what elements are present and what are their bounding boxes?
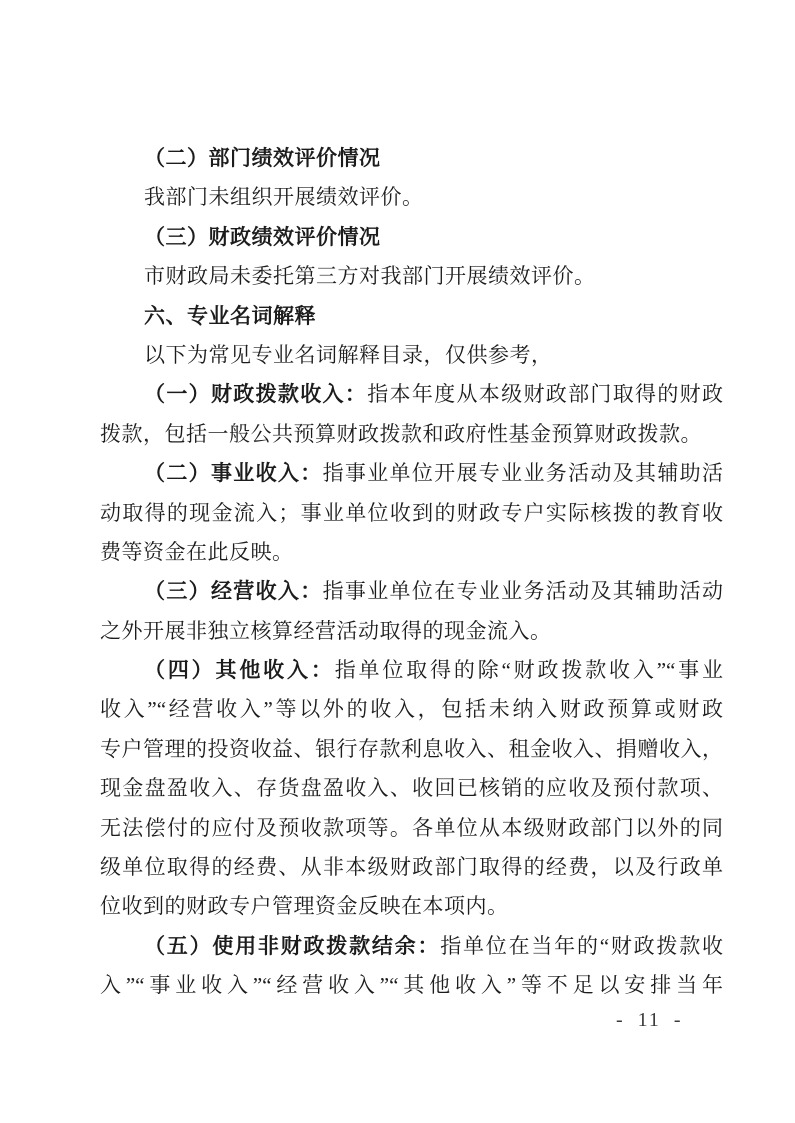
bold-term-run: （一）财政拨款收入： xyxy=(144,382,367,406)
text-run: 市财政局未委托第三方对我部门开展绩效评价。 xyxy=(144,264,596,288)
chapter-heading-6: 六、专业名词解释 xyxy=(100,297,723,336)
paragraph-line: 现金盘盈收入、存货盘盈收入、收回已核销的应收及预付款项、 xyxy=(100,769,723,808)
text-run: 现金盘盈收入、存货盘盈收入、收回已核销的应收及预付款项、 xyxy=(100,776,723,800)
text-run: 拨款，包括一般公共预算财政拨款和政府性基金预算财政拨款。 xyxy=(100,422,702,446)
section-heading-3: （三）财政绩效评价情况 xyxy=(100,218,723,257)
paragraph-line: 无法偿付的应付及预收款项等。各单位从本级财政部门以外的同 xyxy=(100,809,723,848)
term-definition-line: （五）使用非财政拨款结余：指单位在当年的“财政拨款收 xyxy=(100,927,723,966)
bold-term-run: （四）其他收入： xyxy=(144,658,335,682)
term-definition-line: （四）其他收入：指单位取得的除“财政拨款收入”“事业 xyxy=(100,651,723,690)
text-run: 无法偿付的应付及预收款项等。各单位从本级财政部门以外的同 xyxy=(100,816,723,840)
paragraph-line: 级单位取得的经费、从非本级财政部门取得的经费，以及行政单 xyxy=(100,848,723,887)
text-run: 入”“事业收入”“经营收入”“其他收入”等不足以安排当年 xyxy=(100,973,723,997)
page-number: - 11 - xyxy=(616,1008,683,1032)
bold-term-run: （三）经营收入： xyxy=(144,579,323,603)
text-run: 我部门未组织开展绩效评价。 xyxy=(144,185,424,209)
term-definition-line: （三）经营收入：指事业单位在专业业务活动及其辅助活动 xyxy=(100,572,723,611)
text-run: 费等资金在此反映。 xyxy=(100,540,294,564)
bold-term-run: （三）财政绩效评价情况 xyxy=(144,225,381,249)
text-run: 级单位取得的经费、从非本级财政部门取得的经费，以及行政单 xyxy=(100,855,723,879)
term-definition-line: （一）财政拨款收入：指本年度从本级财政部门取得的财政 xyxy=(100,375,723,414)
text-run: 指事业单位在专业业务活动及其辅助活动 xyxy=(323,579,723,603)
text-block: （二）部门绩效评价情况我部门未组织开展绩效评价。（三）财政绩效评价情况市财政局未… xyxy=(100,139,723,1006)
paragraph-line: 专户管理的投资收益、银行存款利息收入、租金收入、捐赠收入， xyxy=(100,730,723,769)
bold-term-run: （五）使用非财政拨款结余： xyxy=(144,934,440,958)
paragraph-line: 市财政局未委托第三方对我部门开展绩效评价。 xyxy=(100,257,723,296)
text-run: 以下为常见专业名词解释目录，仅供参考， xyxy=(144,343,553,367)
paragraph-line: 以下为常见专业名词解释目录，仅供参考， xyxy=(100,336,723,375)
document-page: （二）部门绩效评价情况我部门未组织开展绩效评价。（三）财政绩效评价情况市财政局未… xyxy=(0,0,795,1123)
paragraph-line: 之外开展非独立核算经营活动取得的现金流入。 xyxy=(100,612,723,651)
paragraph-line: 入”“事业收入”“经营收入”“其他收入”等不足以安排当年 xyxy=(100,966,723,1005)
text-run: 位收到的财政专户管理资金反映在本项内。 xyxy=(100,894,509,918)
text-run: 指本年度从本级财政部门取得的财政 xyxy=(367,382,723,406)
paragraph-line: 我部门未组织开展绩效评价。 xyxy=(100,178,723,217)
term-definition-line: （二）事业收入：指事业单位开展专业业务活动及其辅助活 xyxy=(100,454,723,493)
paragraph-line: 费等资金在此反映。 xyxy=(100,533,723,572)
bold-term-run: 六、专业名词解释 xyxy=(144,305,316,328)
paragraph-line: 收入”“经营收入”等以外的收入，包括未纳入财政预算或财政 xyxy=(100,690,723,729)
bold-term-run: （二）事业收入： xyxy=(144,461,323,485)
bold-term-run: （二）部门绩效评价情况 xyxy=(144,146,381,170)
text-run: 动取得的现金流入；事业单位收到的财政专户实际核拨的教育收 xyxy=(100,501,723,525)
section-heading-2: （二）部门绩效评价情况 xyxy=(100,139,723,178)
paragraph-line: 位收到的财政专户管理资金反映在本项内。 xyxy=(100,887,723,926)
text-run: 指事业单位开展专业业务活动及其辅助活 xyxy=(323,461,723,485)
paragraph-line: 拨款，包括一般公共预算财政拨款和政府性基金预算财政拨款。 xyxy=(100,415,723,454)
text-run: 之外开展非独立核算经营活动取得的现金流入。 xyxy=(100,619,552,643)
text-run: 指单位取得的除“财政拨款收入”“事业 xyxy=(335,658,723,682)
text-run: 指单位在当年的“财政拨款收 xyxy=(440,934,723,958)
text-run: 专户管理的投资收益、银行存款利息收入、租金收入、捐赠收入， xyxy=(100,737,723,761)
paragraph-line: 动取得的现金流入；事业单位收到的财政专户实际核拨的教育收 xyxy=(100,494,723,533)
text-run: 收入”“经营收入”等以外的收入，包括未纳入财政预算或财政 xyxy=(100,697,723,721)
